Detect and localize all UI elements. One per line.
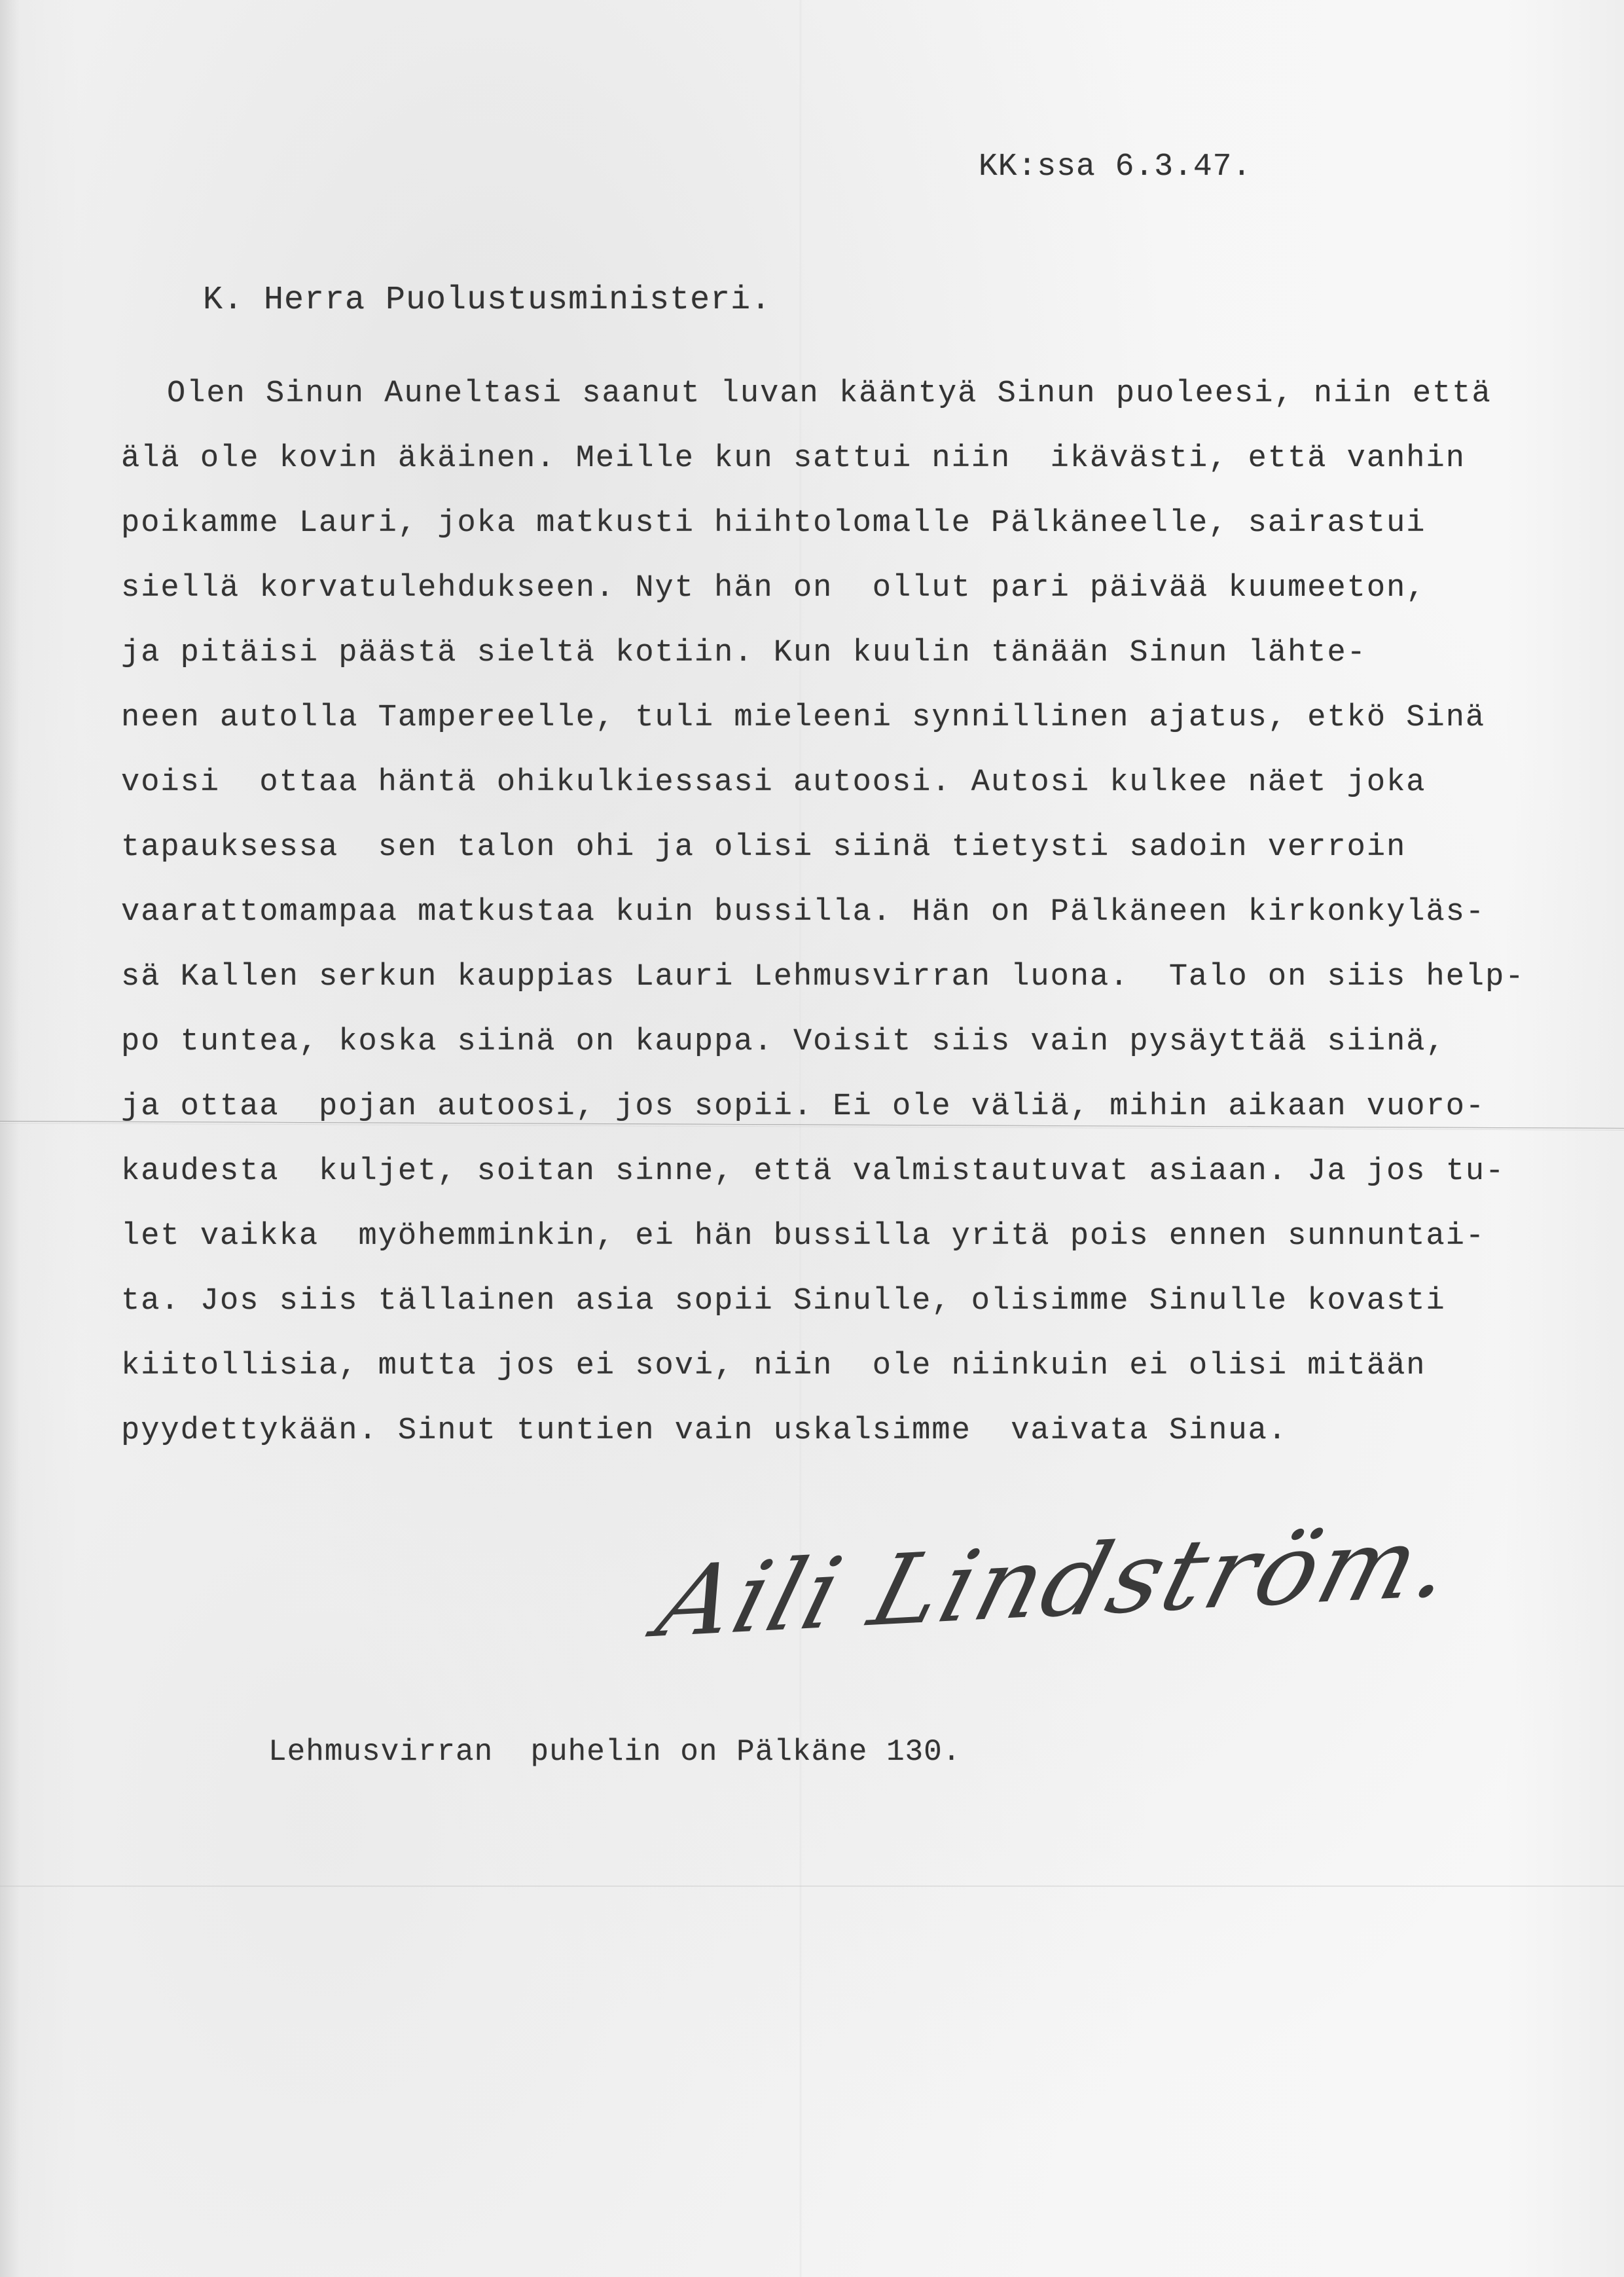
body-line: siellä korvatulehdukseen. Nyt hän on oll… <box>121 571 1525 636</box>
body-line: neen autolla Tampereelle, tuli mieleeni … <box>121 701 1525 765</box>
letter-place-date: KK:ssa 6.3.47. <box>979 149 1252 185</box>
body-line: let vaikka myöhemminkin, ei hän bussilla… <box>121 1219 1525 1284</box>
body-line: ta. Jos siis tällainen asia sopii Sinull… <box>121 1284 1525 1349</box>
body-line: ja ottaa pojan autoosi, jos sopii. Ei ol… <box>121 1089 1525 1154</box>
body-line: tapauksessa sen talon ohi ja olisi siinä… <box>121 830 1525 895</box>
body-line: sä Kallen serkun kauppias Lauri Lehmusvi… <box>121 960 1525 1025</box>
body-line: po tuntea, koska siinä on kauppa. Voisit… <box>121 1025 1525 1089</box>
letter-postscript: Lehmusvirran puhelin on Pälkäne 130. <box>268 1735 961 1769</box>
body-line: älä ole kovin äkäinen. Meille kun sattui… <box>121 441 1525 506</box>
body-line: kaudesta kuljet, soitan sinne, että valm… <box>121 1154 1525 1219</box>
body-line: ja pitäisi päästä sieltä kotiin. Kun kuu… <box>121 636 1525 701</box>
body-line: poikamme Lauri, joka matkusti hiihtoloma… <box>121 506 1525 571</box>
letter-body: Olen Sinun Auneltasi saanut luvan käänty… <box>121 376 1525 1478</box>
body-line: vaarattomampaa matkustaa kuin bussilla. … <box>121 895 1525 960</box>
body-line: voisi ottaa häntä ohikulkiessasi autoosi… <box>121 765 1525 830</box>
letter-salutation: K. Herra Puolustusministeri. <box>203 282 771 319</box>
body-line: pyydettykään. Sinut tuntien vain uskalsi… <box>121 1413 1525 1478</box>
body-line: Olen Sinun Auneltasi saanut luvan käänty… <box>121 376 1525 441</box>
lower-fold-line <box>0 1885 1624 1887</box>
body-line: kiitollisia, mutta jos ei sovi, niin ole… <box>121 1349 1525 1413</box>
